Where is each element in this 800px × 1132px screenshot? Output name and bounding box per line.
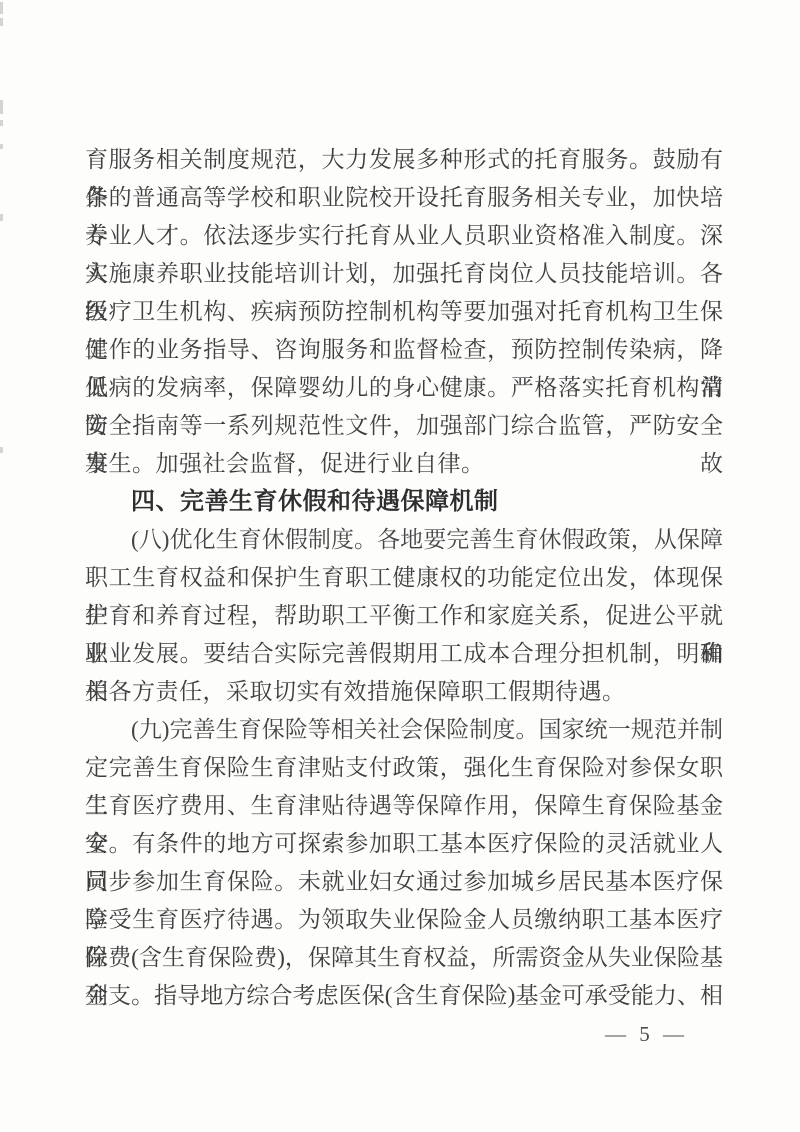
scan-artifact	[0, 100, 3, 114]
text-line: 生育和养育过程，帮助职工平衡工作和家庭关系，促进公平就业和	[85, 597, 723, 635]
scan-artifact	[0, 214, 3, 221]
text-line: 育服务相关制度规范，大力发展多种形式的托育服务。鼓励有条	[85, 141, 723, 179]
text-line: 专业人才。依法逐步实行托育从业人员职业资格准入制度。深入	[85, 217, 723, 255]
page-number: — 5 —	[605, 1020, 688, 1048]
text-line: 工作的业务指导、咨询服务和监督检查，预防控制传染病，降低常	[85, 331, 723, 369]
text-line: 定完善生育保险生育津贴支付政策，强化生育保险对参保女职工	[85, 749, 723, 787]
text-line: 险费(含生育保险费)，保障其生育权益，所需资金从失业保险基金	[85, 939, 723, 977]
text-line: 见病的发病率，保障婴幼儿的身心健康。严格落实托育机构消防	[85, 369, 723, 407]
text-line: 安全指南等一系列规范性文件，加强部门综合监管，严防安全事故	[85, 407, 723, 445]
text-line: 列支。指导地方综合考虑医保(含生育保险)基金可承受能力、相	[85, 977, 723, 1015]
text-line: 享受生育医疗待遇。为领取失业保险金人员缴纳职工基本医疗保	[85, 901, 723, 939]
paragraph-lead-line: (八)优化生育休假制度。各地要完善生育休假政策，从保障	[85, 521, 723, 559]
scan-artifact	[0, 144, 3, 149]
text-line: 职工生育权益和保护生育职工健康权的功能定位出发，体现保护	[85, 559, 723, 597]
text-line: 件的普通高等学校和职业院校开设托育服务相关专业，加快培养	[85, 179, 723, 217]
text-line: 生育医疗费用、生育津贴待遇等保障作用，保障生育保险基金安	[85, 787, 723, 825]
text-line: 同步参加生育保险。未就业妇女通过参加城乡居民基本医疗保险	[85, 863, 723, 901]
section-heading: 四、完善生育休假和待遇保障机制	[85, 483, 723, 521]
scan-artifact	[0, 120, 3, 126]
text-line: 关各方责任，采取切实有效措施保障职工假期待遇。	[85, 673, 723, 711]
text-line: 实施康养职业技能培训计划，加强托育岗位人员技能培训。各级	[85, 255, 723, 293]
scan-artifact	[0, 447, 3, 453]
text-line: 医疗卫生机构、疾病预防控制机构等要加强对托育机构卫生保健	[85, 293, 723, 331]
document-body: 育服务相关制度规范，大力发展多种形式的托育服务。鼓励有条 件的普通高等学校和职业…	[85, 141, 723, 1015]
document-page: 育服务相关制度规范，大力发展多种形式的托育服务。鼓励有条 件的普通高等学校和职业…	[0, 0, 800, 1132]
scan-artifact	[0, 18, 3, 26]
text-line: 职业发展。要结合实际完善假期用工成本合理分担机制，明确相	[85, 635, 723, 673]
scan-artifact	[0, 2, 3, 14]
paragraph-lead-line: (九)完善生育保险等相关社会保险制度。国家统一规范并制	[85, 711, 723, 749]
text-line: 全。有条件的地方可探索参加职工基本医疗保险的灵活就业人员	[85, 825, 723, 863]
